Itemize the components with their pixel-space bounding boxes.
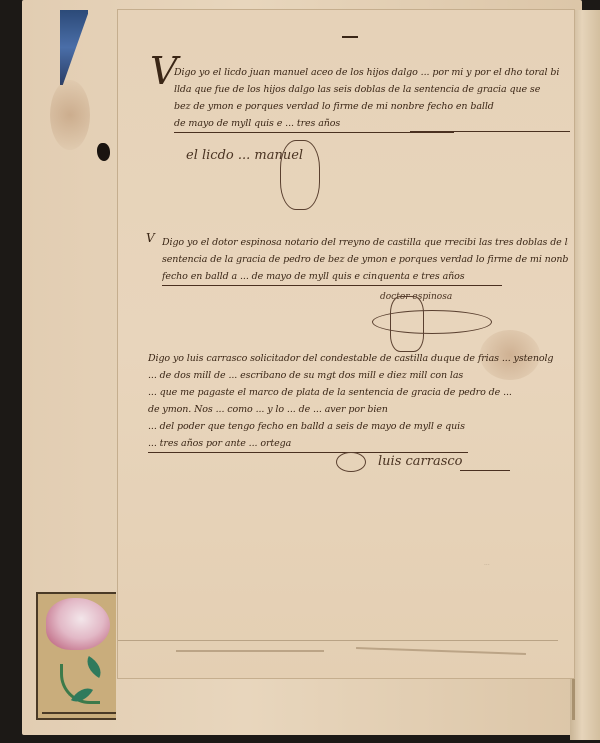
entry-3: Digo yo luis carrasco solicitador del co… bbox=[148, 350, 568, 453]
text-line: ... de dos mill de ... escribano de su m… bbox=[148, 367, 568, 384]
text-line: sentencia de la gracia de pedro de bez d… bbox=[162, 251, 568, 268]
margin-note: ... bbox=[484, 560, 490, 567]
closing-rule bbox=[460, 470, 510, 471]
text-line: Digo yo el dotor espinosa notario del rr… bbox=[162, 234, 568, 251]
signature-3: luis carrasco bbox=[378, 454, 462, 469]
entry-1: Digo yo el licdo juan manuel aceo de los… bbox=[148, 64, 568, 133]
signature-flourish bbox=[390, 296, 424, 352]
top-mark bbox=[342, 36, 358, 38]
closing-rule bbox=[240, 452, 330, 453]
frame-border bbox=[42, 712, 116, 714]
ink-blot bbox=[97, 143, 110, 161]
signature-flourish bbox=[280, 140, 320, 210]
stain bbox=[50, 80, 90, 150]
text-line: llda que fue de los hijos dalgo las seis… bbox=[174, 81, 568, 98]
text-line: ... que me pagaste el marco de plata de … bbox=[148, 384, 568, 401]
entry-2: Digo yo el dotor espinosa notario del rr… bbox=[148, 234, 568, 286]
text-line: bez de ymon e porques verdad lo firme de… bbox=[174, 98, 568, 115]
floral-illumination bbox=[36, 592, 116, 720]
notary-seal-flourish bbox=[336, 452, 366, 472]
rose-icon bbox=[46, 598, 110, 650]
sheet-fold bbox=[118, 640, 558, 664]
text-line: fecho en balld a ... de mayo de myll qui… bbox=[162, 268, 502, 286]
text-line: Digo yo el licdo juan manuel aceo de los… bbox=[174, 64, 568, 81]
text-line: Digo yo luis carrasco solicitador del co… bbox=[148, 350, 568, 367]
text-line: ... del poder que tengo fecho en balld a… bbox=[148, 418, 568, 435]
text-line: de ymon. Nos ... como ... y lo ... de ..… bbox=[148, 401, 568, 418]
closing-rule bbox=[410, 131, 570, 132]
text-line: ... tres años por ante ... ortega bbox=[148, 435, 468, 453]
photo-background: V Digo yo el licdo juan manuel aceo de l… bbox=[0, 0, 600, 743]
